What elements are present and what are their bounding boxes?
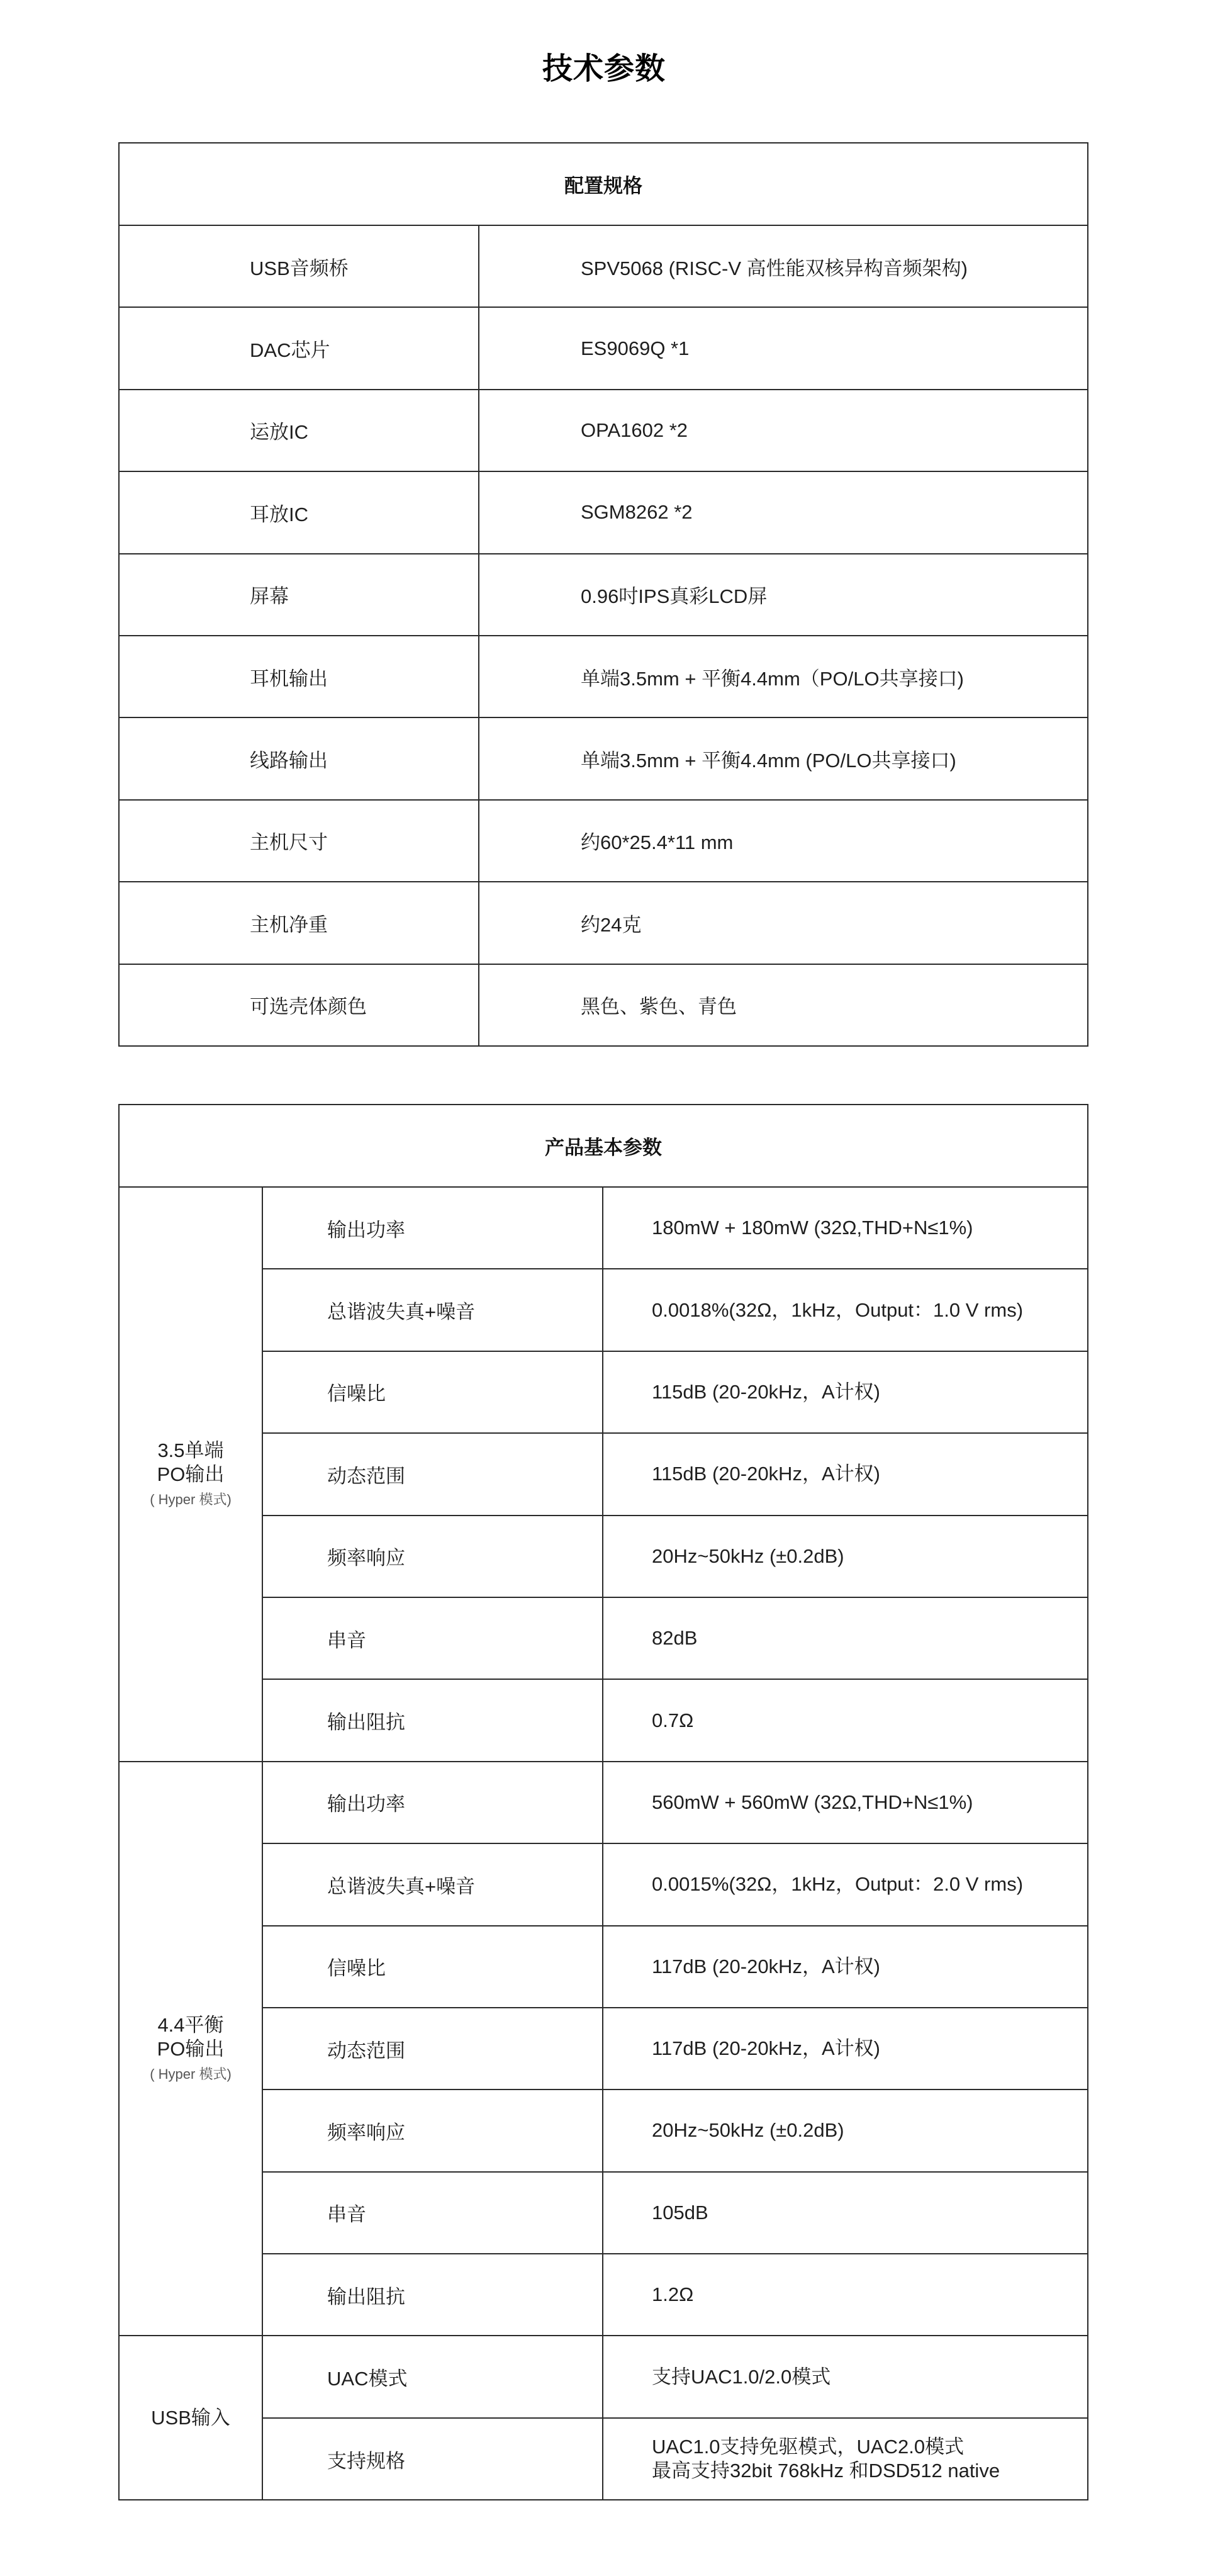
group-subtitle: ( Hyper 模式) <box>120 2065 261 2084</box>
table-row: DAC芯片 ES9069Q *1 <box>119 307 1088 389</box>
table-row: 串音 82dB <box>119 1597 1088 1679</box>
row-label: 动态范围 <box>262 1433 603 1515</box>
group-title-line2: PO输出 <box>120 2037 261 2061</box>
row-value: 0.0015%(32Ω，1kHz，Output：2.0 V rms) <box>603 1843 1088 1925</box>
row-value: SPV5068 (RISC-V 高性能双核异构音频架构) <box>479 225 1088 307</box>
table-row: USB音频桥 SPV5068 (RISC-V 高性能双核异构音频架构) <box>119 225 1088 307</box>
row-value: ES9069Q *1 <box>479 307 1088 389</box>
row-label: 输出阻抗 <box>262 1679 603 1761</box>
row-value: 支持UAC1.0/2.0模式 <box>603 2336 1088 2417</box>
row-label: 动态范围 <box>262 2008 603 2089</box>
row-label: 信噪比 <box>262 1351 603 1433</box>
row-label: 串音 <box>262 2172 603 2254</box>
row-label: 信噪比 <box>262 1926 603 2008</box>
table-row: 串音 105dB <box>119 2172 1088 2254</box>
row-value: 82dB <box>603 1597 1088 1679</box>
row-value: 单端3.5mm + 平衡4.4mm (PO/LO共享接口) <box>479 717 1088 799</box>
row-label: 线路输出 <box>119 717 479 799</box>
row-label: UAC模式 <box>262 2336 603 2417</box>
row-value: 20Hz~50kHz (±0.2dB) <box>603 1516 1088 1597</box>
config-table-header: 配置规格 <box>119 143 1088 225</box>
row-label: 耳机输出 <box>119 636 479 717</box>
row-label: 耳放IC <box>119 471 479 553</box>
table-row: 3.5单端 PO输出 ( Hyper 模式) 输出功率 180mW + 180m… <box>119 1187 1088 1269</box>
table-row: 动态范围 117dB (20-20kHz，A计权) <box>119 2008 1088 2089</box>
row-value: 1.2Ω <box>603 2254 1088 2336</box>
table-row: 频率响应 20Hz~50kHz (±0.2dB) <box>119 1516 1088 1597</box>
table-row: 主机净重 约24克 <box>119 882 1088 964</box>
row-label: 运放IC <box>119 390 479 471</box>
row-label: 输出功率 <box>262 1762 603 1843</box>
table-row: 支持规格 UAC1.0支持免驱模式，UAC2.0模式 最高支持32bit 768… <box>119 2418 1088 2500</box>
row-value: 黑色、紫色、青色 <box>479 964 1088 1046</box>
row-value: 115dB (20-20kHz，A计权) <box>603 1433 1088 1515</box>
page-title: 技术参数 <box>0 49 1208 89</box>
row-value: 117dB (20-20kHz，A计权) <box>603 2008 1088 2089</box>
basic-params-table: 产品基本参数 3.5单端 PO输出 ( Hyper 模式) 输出功率 180mW… <box>118 1104 1088 2500</box>
table-row: 信噪比 117dB (20-20kHz，A计权) <box>119 1926 1088 2008</box>
row-label: 总谐波失真+噪音 <box>262 1843 603 1925</box>
table-row: 信噪比 115dB (20-20kHz，A计权) <box>119 1351 1088 1433</box>
table-row: 输出阻抗 1.2Ω <box>119 2254 1088 2336</box>
table-header-row: 产品基本参数 <box>119 1105 1088 1187</box>
table-row: 耳机输出 单端3.5mm + 平衡4.4mm（PO/LO共享接口) <box>119 636 1088 717</box>
row-value: 约60*25.4*11 mm <box>479 800 1088 882</box>
row-label: 输出阻抗 <box>262 2254 603 2336</box>
row-value: 180mW + 180mW (32Ω,THD+N≤1%) <box>603 1187 1088 1269</box>
row-label: 频率响应 <box>262 2089 603 2171</box>
row-label: USB音频桥 <box>119 225 479 307</box>
row-value: 105dB <box>603 2172 1088 2254</box>
basic-table-header: 产品基本参数 <box>119 1105 1088 1187</box>
group-title-line2: PO输出 <box>120 1463 261 1487</box>
table-row: 总谐波失真+噪音 0.0015%(32Ω，1kHz，Output：2.0 V r… <box>119 1843 1088 1925</box>
row-value: 单端3.5mm + 平衡4.4mm（PO/LO共享接口) <box>479 636 1088 717</box>
row-value: 20Hz~50kHz (±0.2dB) <box>603 2089 1088 2171</box>
table-row: 运放IC OPA1602 *2 <box>119 390 1088 471</box>
table-row: 线路输出 单端3.5mm + 平衡4.4mm (PO/LO共享接口) <box>119 717 1088 799</box>
row-label: 输出功率 <box>262 1187 603 1269</box>
group-subtitle: ( Hyper 模式) <box>120 1490 261 1509</box>
row-value: 约24克 <box>479 882 1088 964</box>
group-title-line1: 4.4平衡 <box>120 2013 261 2037</box>
row-label: 主机尺寸 <box>119 800 479 882</box>
row-value: 0.96吋IPS真彩LCD屏 <box>479 554 1088 636</box>
row-value-line: UAC1.0支持免驱模式，UAC2.0模式 <box>652 2435 1087 2459</box>
table-header-row: 配置规格 <box>119 143 1088 225</box>
table-row: 动态范围 115dB (20-20kHz，A计权) <box>119 1433 1088 1515</box>
table-row: 4.4平衡 PO输出 ( Hyper 模式) 输出功率 560mW + 560m… <box>119 1762 1088 1843</box>
row-value-line: 最高支持32bit 768kHz 和DSD512 native <box>652 2459 1087 2483</box>
row-value: SGM8262 *2 <box>479 471 1088 553</box>
config-spec-table: 配置规格 USB音频桥 SPV5068 (RISC-V 高性能双核异构音频架构)… <box>118 142 1088 1047</box>
row-value: 560mW + 560mW (32Ω,THD+N≤1%) <box>603 1762 1088 1843</box>
table-row: 输出阻抗 0.7Ω <box>119 1679 1088 1761</box>
group-label-se35: 3.5单端 PO输出 ( Hyper 模式) <box>119 1187 262 1762</box>
row-label: 主机净重 <box>119 882 479 964</box>
row-value: OPA1602 *2 <box>479 390 1088 471</box>
group-label-bal44: 4.4平衡 PO输出 ( Hyper 模式) <box>119 1762 262 2336</box>
row-label: 可选壳体颜色 <box>119 964 479 1046</box>
table-row: 主机尺寸 约60*25.4*11 mm <box>119 800 1088 882</box>
table-row: 屏幕 0.96吋IPS真彩LCD屏 <box>119 554 1088 636</box>
table-row: USB输入 UAC模式 支持UAC1.0/2.0模式 <box>119 2336 1088 2417</box>
group-label-usb-input: USB输入 <box>119 2336 262 2500</box>
group-title-line1: 3.5单端 <box>120 1439 261 1463</box>
row-value: 115dB (20-20kHz，A计权) <box>603 1351 1088 1433</box>
row-value: 0.0018%(32Ω，1kHz，Output：1.0 V rms) <box>603 1269 1088 1351</box>
row-value: 0.7Ω <box>603 1679 1088 1761</box>
row-label: 支持规格 <box>262 2418 603 2500</box>
table-row: 可选壳体颜色 黑色、紫色、青色 <box>119 964 1088 1046</box>
group-title-line1: USB输入 <box>120 2406 261 2430</box>
table-row: 频率响应 20Hz~50kHz (±0.2dB) <box>119 2089 1088 2171</box>
table-row: 总谐波失真+噪音 0.0018%(32Ω，1kHz，Output：1.0 V r… <box>119 1269 1088 1351</box>
row-label: 串音 <box>262 1597 603 1679</box>
row-label: 屏幕 <box>119 554 479 636</box>
table-row: 耳放IC SGM8262 *2 <box>119 471 1088 553</box>
row-value: 117dB (20-20kHz，A计权) <box>603 1926 1088 2008</box>
row-label: DAC芯片 <box>119 307 479 389</box>
row-value: UAC1.0支持免驱模式，UAC2.0模式 最高支持32bit 768kHz 和… <box>603 2418 1088 2500</box>
row-label: 频率响应 <box>262 1516 603 1597</box>
row-label: 总谐波失真+噪音 <box>262 1269 603 1351</box>
